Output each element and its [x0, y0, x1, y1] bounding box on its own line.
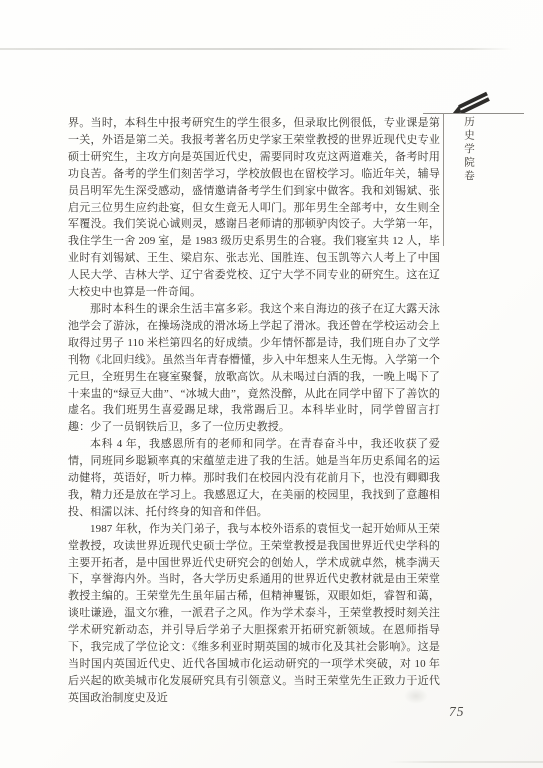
volume-side-label: 历史学院卷: [461, 116, 476, 184]
paragraph-1: 界。当时，本科生中报考研究生的学生很多，但录取比例很低，专业课是第一关，外语是第…: [68, 115, 440, 301]
pencil-icon: [449, 89, 495, 114]
scan-smudge: [404, 688, 428, 704]
paragraph-3: 本科 4 年，我感恩所有的老师和同学。在青春奋斗中，我还收获了爱情，同班同乡聪颖…: [68, 436, 440, 521]
page-text-block: 界。当时，本科生中报考研究生的学生很多，但录取比例很低，专业课是第一关，外语是第…: [68, 115, 440, 707]
margin-horizontal-rule: [423, 113, 524, 114]
page-number: 75: [449, 704, 465, 720]
margin-vertical-rule: [443, 113, 444, 246]
book-page-scan: 历史学院卷 界。当时，本科生中报考研究生的学生很多，但录取比例很低，专业课是第一…: [0, 0, 543, 768]
page-bottom-edge-line: [388, 761, 543, 763]
paragraph-2: 那时本科生的课余生活丰富多彩。我这个来自海边的孩子在辽大露天泳池学会了游泳，在操…: [68, 301, 440, 436]
paragraph-4: 1987 年秋，作为关门弟子，我与本校外语系的袁恒戈一起开始师从王荣堂教授，攻读…: [68, 521, 440, 707]
page-top-edge-line: [0, 48, 513, 50]
